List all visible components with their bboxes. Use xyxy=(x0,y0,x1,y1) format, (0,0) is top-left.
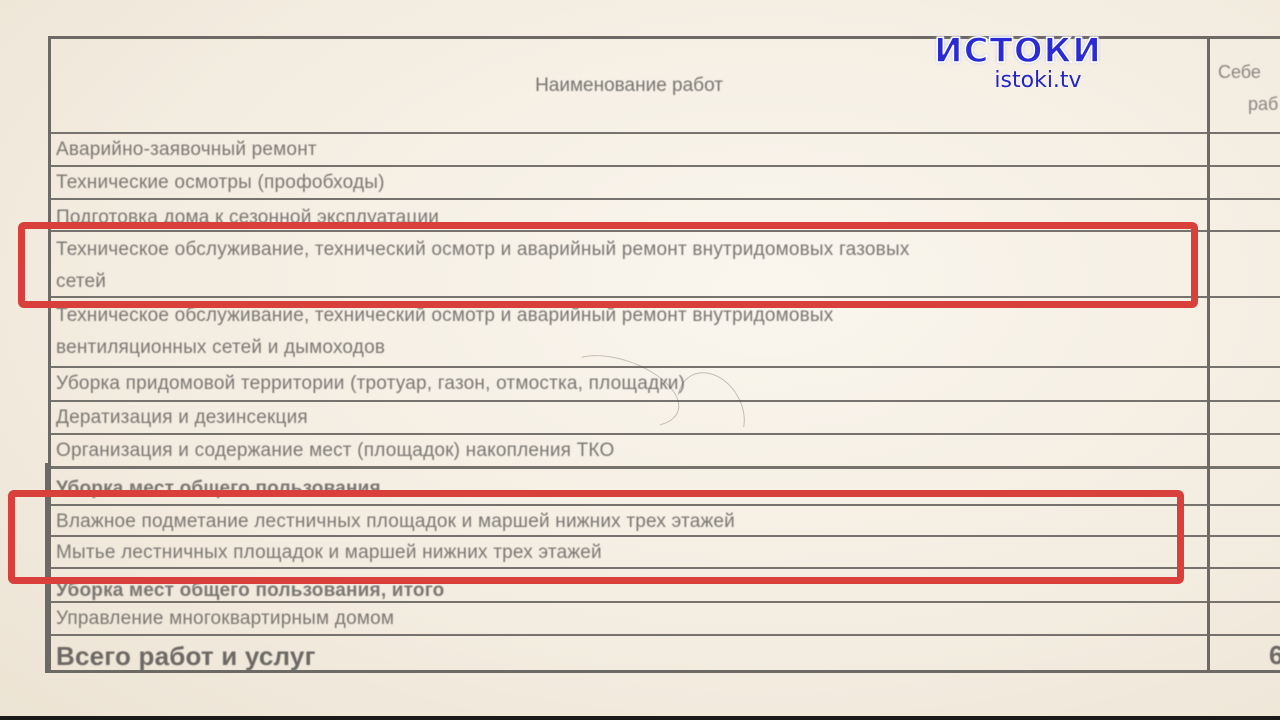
table-row: Управление многоквартирным домом xyxy=(51,601,1280,634)
row-name: Технические осмотры (профобходы) xyxy=(56,167,1200,199)
row-name: Управление многоквартирным домом xyxy=(56,603,1200,635)
header-cost-column: Себе раб xyxy=(1218,56,1280,120)
highlight-box-stairs xyxy=(8,490,1184,584)
frame-edge xyxy=(0,716,1280,720)
row-name-line2: вентиляционных сетей и дымоходов xyxy=(56,332,1200,364)
header-cost-line1: Себе xyxy=(1218,56,1280,88)
table-row-total: Всего работ и услуг 6 xyxy=(51,634,1280,673)
channel-logo: ИСТОКИ istoki.tv xyxy=(918,34,1118,94)
table-row: Организация и содержание мест (площадок)… xyxy=(51,433,1280,466)
table-row: Технические осмотры (профобходы) xyxy=(51,165,1280,198)
highlight-box-gas xyxy=(18,222,1198,308)
row-name: Аварийно-заявочный ремонт xyxy=(56,134,1200,166)
column-divider-overlay xyxy=(1207,36,1210,673)
table-row: Аварийно-заявочный ремонт xyxy=(51,132,1280,165)
document-photo: Наименование работ Себе раб Аварийно-зая… xyxy=(0,0,1280,720)
total-value: 6 xyxy=(1269,640,1280,671)
total-label: Всего работ и услуг xyxy=(56,636,1200,676)
row-name: Организация и содержание мест (площадок)… xyxy=(56,435,1200,467)
header-cost-line2: раб xyxy=(1218,88,1280,120)
logo-mark: ИСТОКИ xyxy=(918,34,1118,68)
logo-url: istoki.tv xyxy=(958,68,1118,94)
